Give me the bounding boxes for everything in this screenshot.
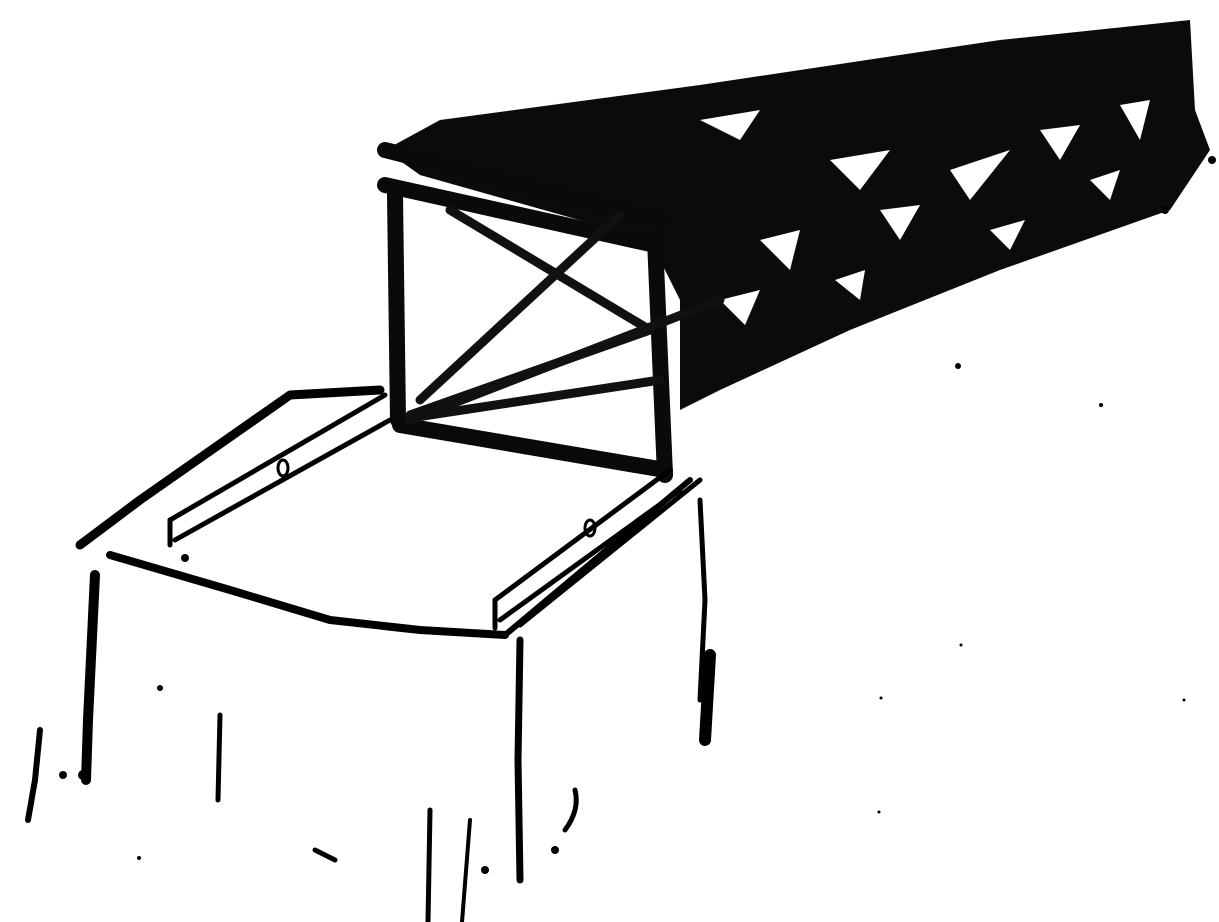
bridge-scene [0, 0, 1219, 922]
bridge-deck [80, 390, 700, 635]
